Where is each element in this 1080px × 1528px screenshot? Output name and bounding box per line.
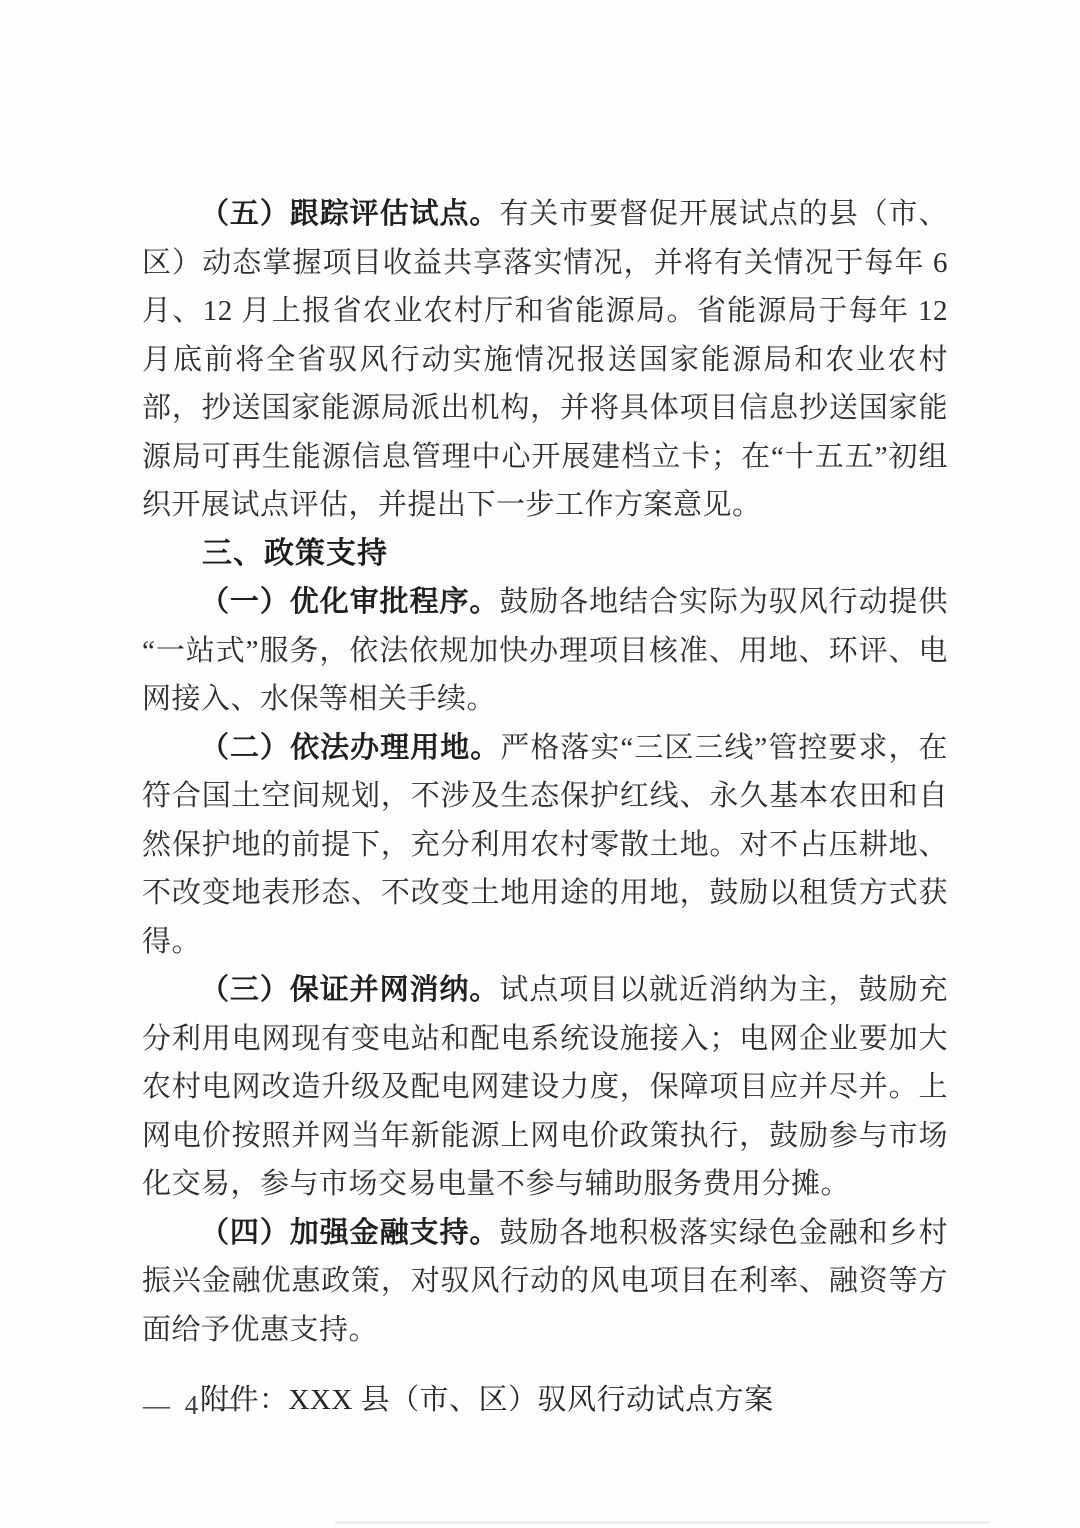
paragraph-lead: （四）加强金融支持。 xyxy=(200,1217,499,1249)
scan-artifact-line xyxy=(335,1521,990,1524)
paragraph-lead: （一）优化审批程序。 xyxy=(200,586,499,618)
paragraph-lead: （二）依法办理用地。 xyxy=(200,732,500,764)
paragraph-approval-procedure: （一）优化审批程序。鼓励各地结合实际为驭风行动提供“一站式”服务，依法依规加快办… xyxy=(142,578,948,724)
paragraph-text: 严格落实“三区三线”管控要求，在符合国土空间规划，不涉及生态保护红线、永久基本农… xyxy=(142,732,948,958)
paragraph-lead: （三）保证并网消纳。 xyxy=(200,974,499,1006)
section-heading-policy-support: 三、政策支持 xyxy=(142,530,948,579)
paragraph-text: 试点项目以就近消纳为主，鼓励充分利用电网现有变电站和配电系统设施接入；电网企业要… xyxy=(142,974,948,1200)
paragraph-financial-support: （四）加强金融支持。鼓励各地积极落实绿色金融和乡村振兴金融优惠政策，对驭风行动的… xyxy=(142,1209,948,1355)
paragraph-tracking-evaluation: （五）跟踪评估试点。有关市要督促开展试点的县（市、区）动态掌握项目收益共享落实情… xyxy=(142,190,948,530)
paragraph-land-use: （二）依法办理用地。严格落实“三区三线”管控要求，在符合国土空间规划，不涉及生态… xyxy=(142,724,948,967)
attachment-line: 附件：XXX 县（市、区）驭风行动试点方案 xyxy=(142,1376,948,1425)
document-page: （五）跟踪评估试点。有关市要督促开展试点的县（市、区）动态掌握项目收益共享落实情… xyxy=(0,0,1080,1528)
paragraph-grid-connection: （三）保证并网消纳。试点项目以就近消纳为主，鼓励充分利用电网现有变电站和配电系统… xyxy=(142,966,948,1209)
document-text-block: （五）跟踪评估试点。有关市要督促开展试点的县（市、区）动态掌握项目收益共享落实情… xyxy=(142,190,948,1425)
page-number: — 4 — xyxy=(143,1390,244,1420)
paragraph-lead: （五）跟踪评估试点。 xyxy=(200,198,499,230)
paragraph-text: 有关市要督促开展试点的县（市、区）动态掌握项目收益共享落实情况，并将有关情况于每… xyxy=(142,198,948,521)
